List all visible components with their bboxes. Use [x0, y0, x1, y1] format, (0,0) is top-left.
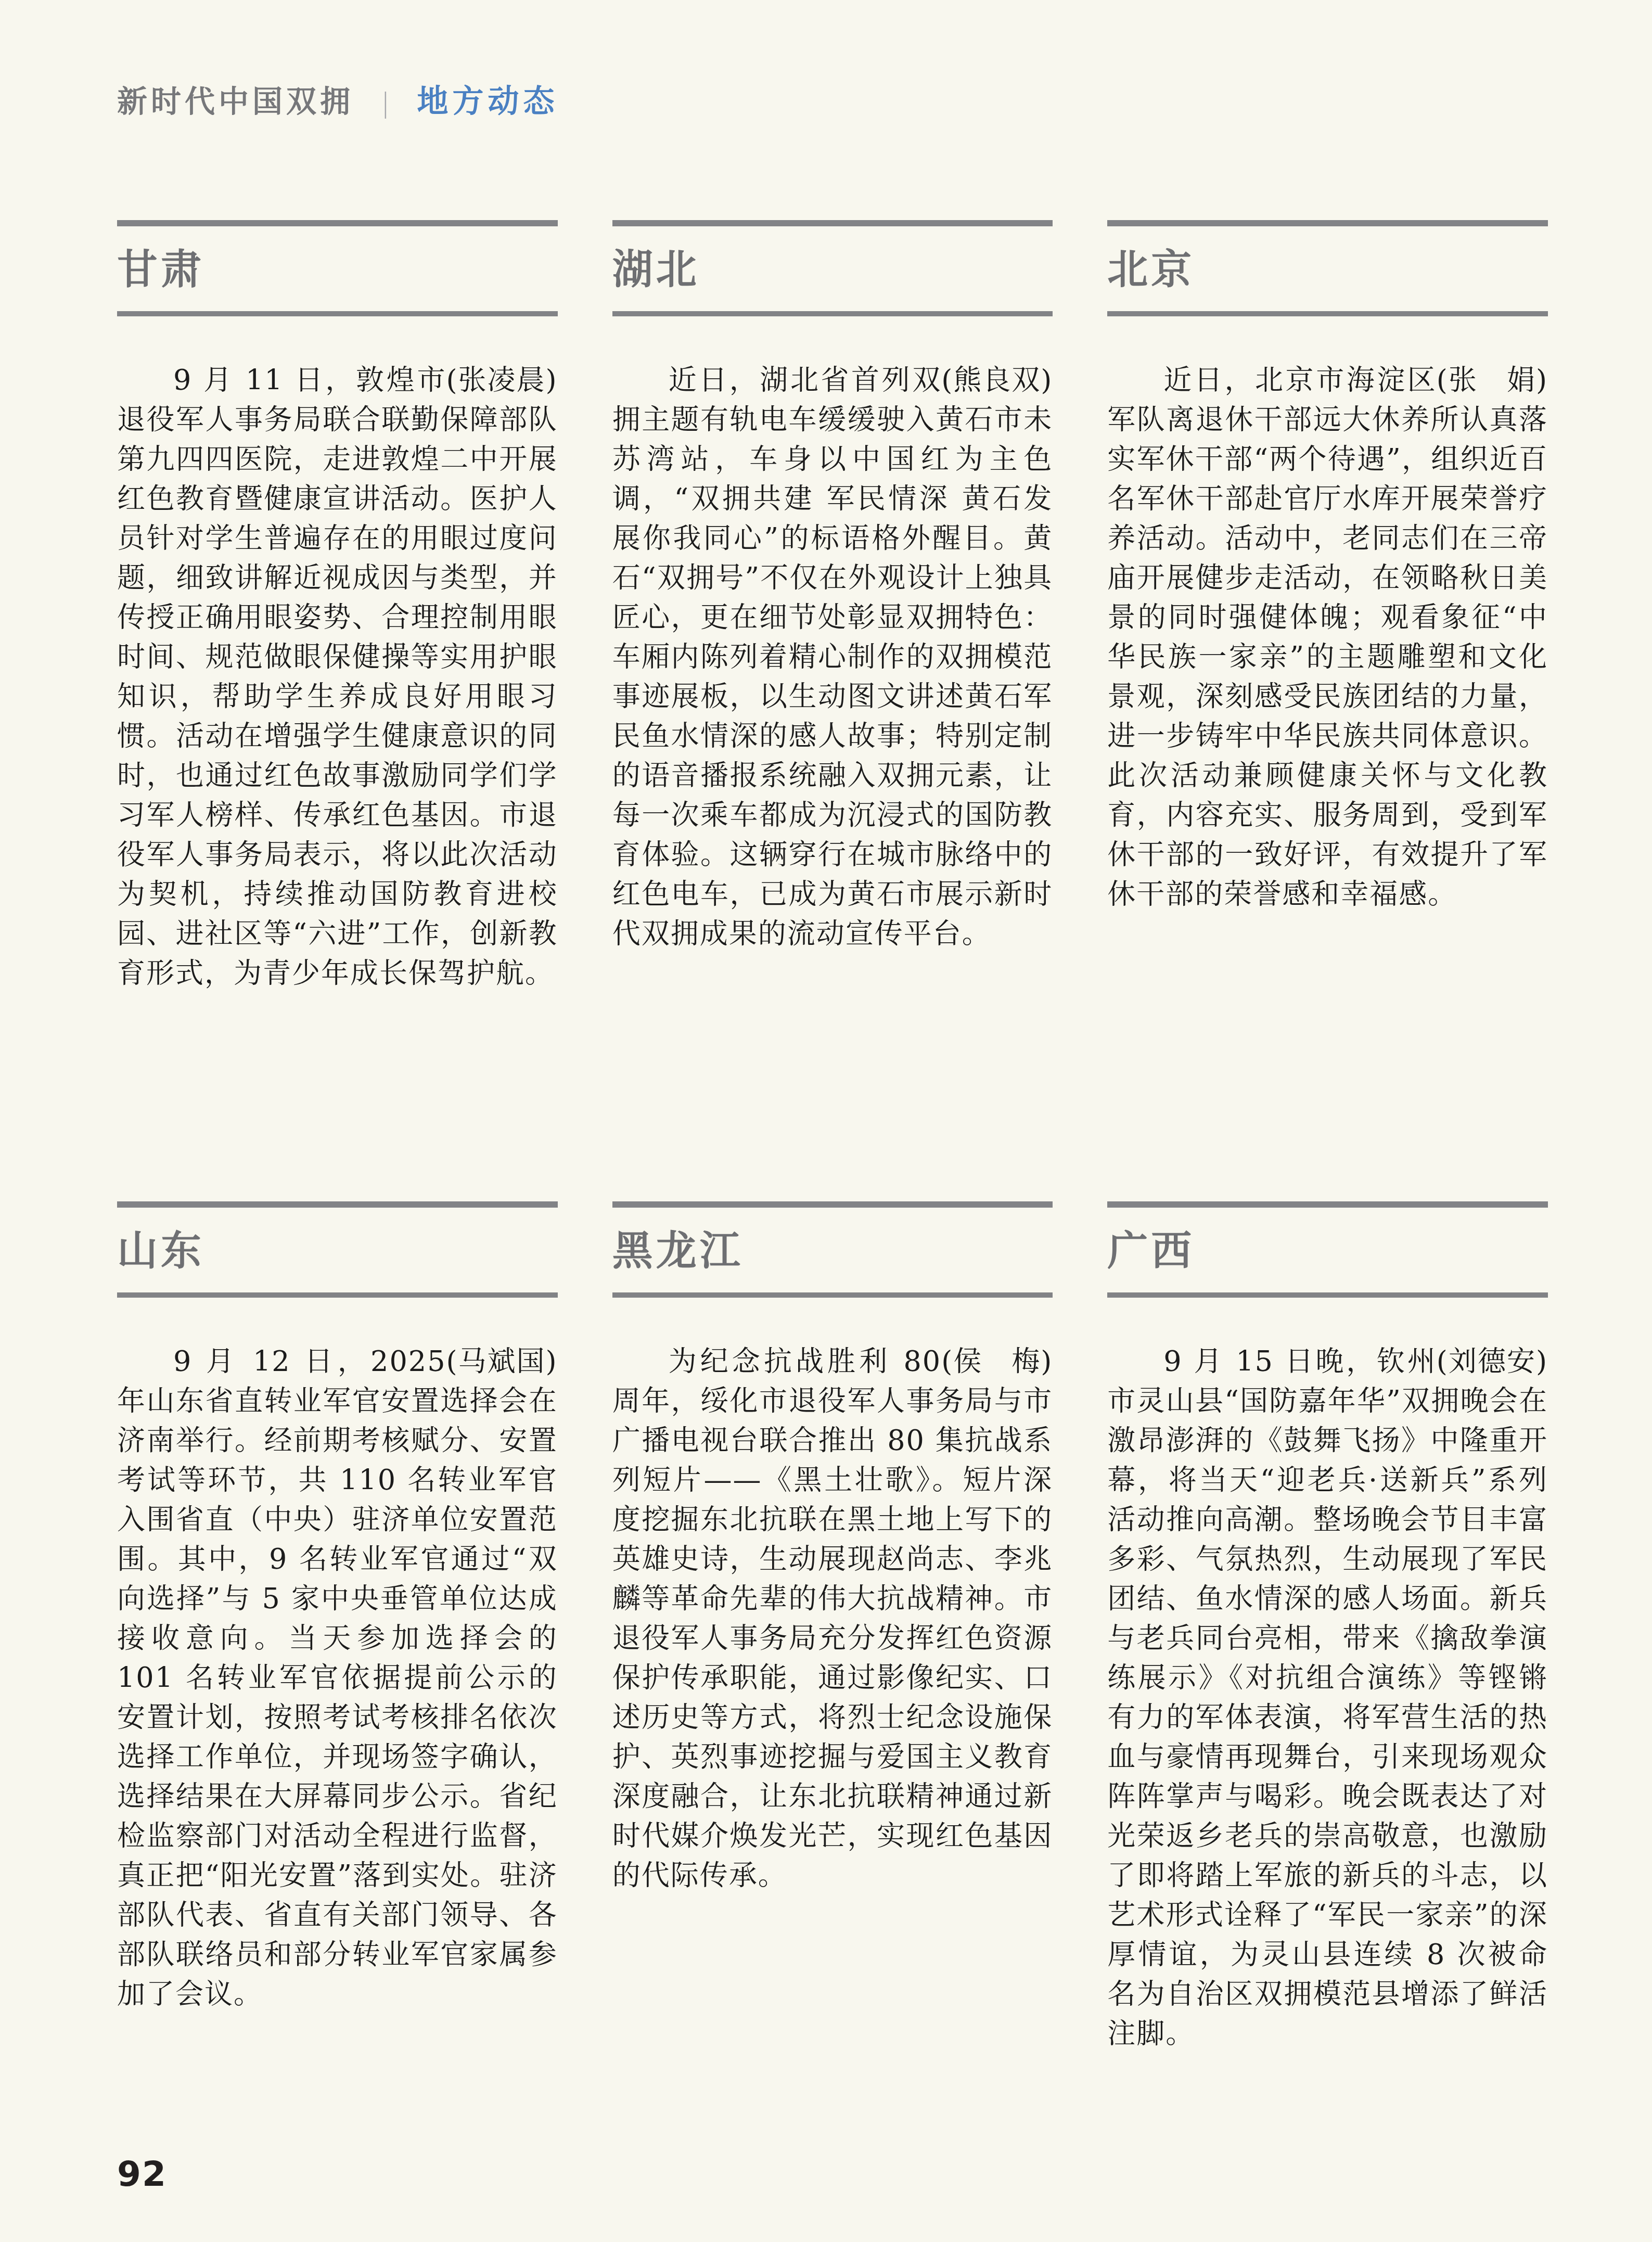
byline: (熊良双): [941, 361, 1053, 400]
head-divider: |: [381, 85, 390, 121]
article-paragraph: (张 娟)近日，北京市海淀区军队离退休干部远大休养所认真落实军休干部“两个待遇”…: [1107, 361, 1548, 914]
rule-thick: [612, 1201, 1053, 1208]
article-shandong: 山东 (马斌国)9 月 12 日，2025 年山东省直转业军官安置选择会在济南举…: [117, 1201, 558, 2054]
rule-thin: [1107, 311, 1548, 316]
rule-thin: [612, 311, 1053, 316]
article-beijing: 北京 (张 娟)近日，北京市海淀区军队离退休干部远大休养所认真落实军休干部“两个…: [1107, 220, 1548, 993]
byline: (张 娟): [1437, 361, 1548, 400]
rule-thin: [1107, 1292, 1548, 1298]
rule-thick: [1107, 220, 1548, 226]
article-body: 9 月 12 日，2025 年山东省直转业军官安置选择会在济南举行。经前期考核赋…: [117, 1345, 558, 2010]
byline: (侯 梅): [941, 1342, 1053, 1381]
rule-thin: [117, 1292, 558, 1298]
magazine-title: 新时代中国双拥: [117, 83, 354, 120]
rule-thick: [117, 1201, 558, 1208]
article-paragraph: (张凌晨)9 月 11 日，敦煌市退役军人事务局联合联勤保障部队第九四四医院，走…: [117, 361, 558, 993]
article-paragraph: (熊良双)近日，湖北省首列双拥主题有轨电车缓缓驶入黄石市未苏湾站，车身以中国红为…: [612, 361, 1053, 954]
rule-thick: [117, 220, 558, 226]
article-gansu: 甘肃 (张凌晨)9 月 11 日，敦煌市退役军人事务局联合联勤保障部队第九四四医…: [117, 220, 558, 993]
article-body: 9 月 11 日，敦煌市退役军人事务局联合联勤保障部队第九四四医院，走进敦煌二中…: [117, 364, 558, 990]
article-body: 为纪念抗战胜利 80 周年，绥化市退役军人事务局与市广播电视台联合推出 80 集…: [612, 1345, 1053, 1892]
byline: (马斌国): [446, 1342, 558, 1381]
article-body: 9 月 15 日晚，钦州市灵山县“国防嘉年华”双拥晚会在激昂澎湃的《鼓舞飞扬》中…: [1107, 1345, 1548, 2050]
article-paragraph: (马斌国)9 月 12 日，2025 年山东省直转业军官安置选择会在济南举行。经…: [117, 1342, 558, 2014]
article-body: 近日，北京市海淀区军队离退休干部远大休养所认真落实军休干部“两个待遇”，组织近百…: [1107, 364, 1548, 911]
article-heilongjiang: 黑龙江 (侯 梅)为纪念抗战胜利 80 周年，绥化市退役军人事务局与市广播电视台…: [612, 1201, 1053, 2054]
rule-thin: [117, 311, 558, 316]
region-title: 广西: [1107, 1231, 1548, 1272]
page-number: 92: [117, 2154, 167, 2194]
rule-thin: [612, 1292, 1053, 1298]
magazine-page: 新时代中国双拥 | 地方动态 甘肃 (张凌晨)9 月 11 日，敦煌市退役军人事…: [0, 0, 1652, 2242]
article-body: 近日，湖北省首列双拥主题有轨电车缓缓驶入黄石市未苏湾站，车身以中国红为主色调，“…: [612, 364, 1053, 950]
running-head: 新时代中国双拥 | 地方动态: [117, 83, 1548, 121]
byline: (张凌晨): [446, 361, 558, 400]
byline: (刘德安): [1437, 1342, 1548, 1381]
rule-thick: [612, 220, 1053, 226]
region-title: 甘肃: [117, 250, 558, 290]
region-title: 北京: [1107, 250, 1548, 290]
region-title: 山东: [117, 1231, 558, 1272]
article-hubei: 湖北 (熊良双)近日，湖北省首列双拥主题有轨电车缓缓驶入黄石市未苏湾站，车身以中…: [612, 220, 1053, 993]
region-title: 湖北: [612, 250, 1053, 290]
section-tag: 地方动态: [417, 83, 559, 120]
article-paragraph: (侯 梅)为纪念抗战胜利 80 周年，绥化市退役军人事务局与市广播电视台联合推出…: [612, 1342, 1053, 1895]
rule-thick: [1107, 1201, 1548, 1208]
article-grid: 甘肃 (张凌晨)9 月 11 日，敦煌市退役军人事务局联合联勤保障部队第九四四医…: [117, 220, 1548, 2054]
article-paragraph: (刘德安)9 月 15 日晚，钦州市灵山县“国防嘉年华”双拥晚会在激昂澎湃的《鼓…: [1107, 1342, 1548, 2054]
article-guangxi: 广西 (刘德安)9 月 15 日晚，钦州市灵山县“国防嘉年华”双拥晚会在激昂澎湃…: [1107, 1201, 1548, 2054]
region-title: 黑龙江: [612, 1231, 1053, 1272]
